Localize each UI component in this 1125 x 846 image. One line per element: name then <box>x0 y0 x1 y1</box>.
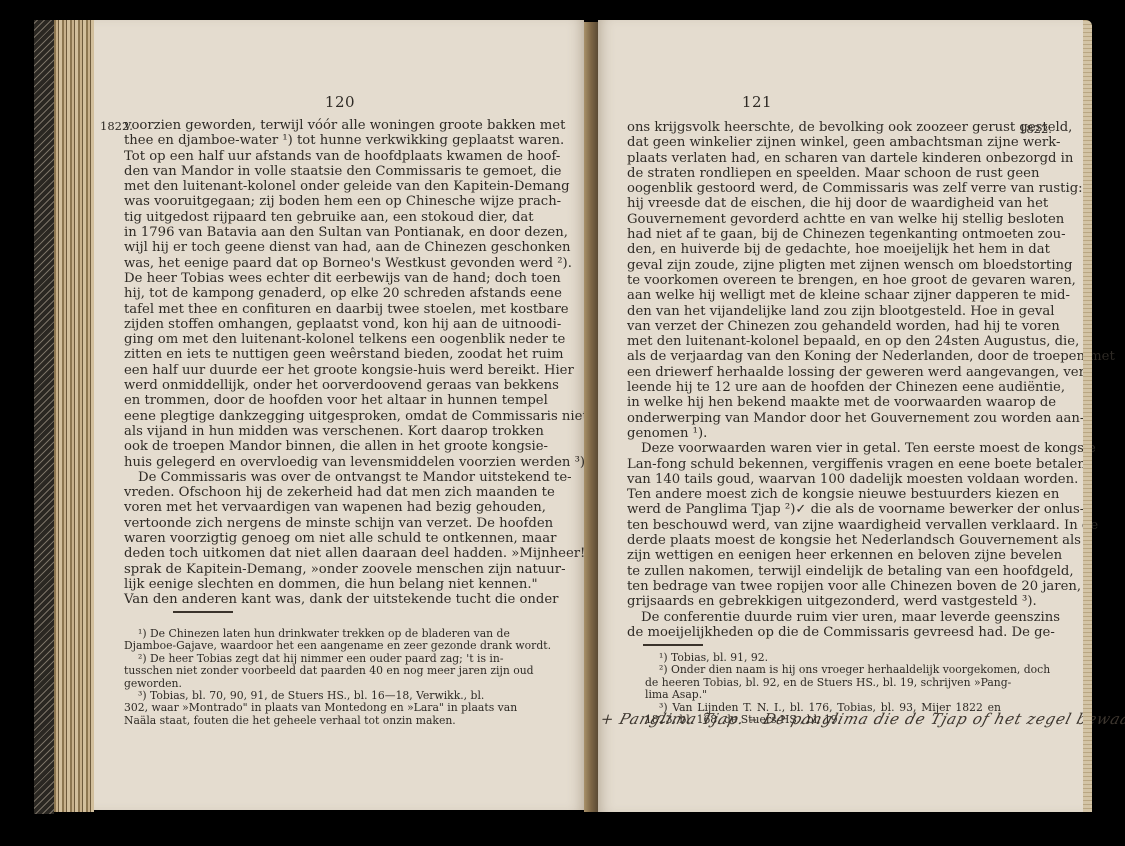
text-line: was, het eenige paard dat op Borneo's We… <box>124 256 521 271</box>
text-line: grijsaards en gebrekkigen uitgezonderd, … <box>627 594 1007 609</box>
text-line: vreden. Ofschoon hij de zekerheid had da… <box>124 485 521 500</box>
text-line: en trommen, door de hoofden voor het alt… <box>124 393 521 408</box>
text-line: den, en huiverde bij de gedachte, hoe mo… <box>627 242 1007 257</box>
text-line: ten bedrage van twee ropijen voor alle C… <box>627 579 1007 594</box>
text-line: wijl hij er toch geene dienst van had, a… <box>124 240 521 255</box>
text-line: Ten andere moest zich de kongsie nieuwe … <box>627 487 1007 502</box>
text-line: in 1796 van Batavia aan den Sultan van P… <box>124 225 521 240</box>
text-line: de moeijelijkheden op die de Commissaris… <box>627 625 1007 640</box>
footnote-line: lima Asap." <box>645 689 1001 701</box>
text-line: ten beschouwd werd, van zijne waardighei… <box>627 518 1007 533</box>
text-line: onderwerping van Mandor door het Gouvern… <box>627 411 1007 426</box>
footnote-line: Djamboe-Gajave, waardoor het een aangena… <box>124 640 480 652</box>
page-number: 121 <box>727 93 787 111</box>
footnote-line: 302, waar »Montrado" in plaats van Monte… <box>124 702 480 714</box>
book-gutter <box>584 22 598 812</box>
text-line: ons krijgsvolk heerschte, de bevolking o… <box>627 120 1007 135</box>
text-line: te zullen nakomen, terwijl eindelijk de … <box>627 564 1007 579</box>
text-line: met den luitenant-kolonel onder geleide … <box>124 179 521 194</box>
body-text: 1822. voorzien geworden, terwijl vóór al… <box>124 118 521 608</box>
text-line: derde plaats moest de kongsie het Nederl… <box>627 533 1007 548</box>
text-line: zitten en iets te nuttigen geen weêrstan… <box>124 347 521 362</box>
footnote-line: tusschen niet zonder voorbeeld dat paard… <box>124 665 480 677</box>
text-line: Gouvernement gevorderd achtte en van wel… <box>627 212 1007 227</box>
book-cover-edge <box>34 20 54 814</box>
margin-year: 1822. <box>1019 122 1052 137</box>
text-line: zijn wettigen en eenigen heer erkennen e… <box>627 548 1007 563</box>
text-line: dat geen winkelier zijnen winkel, geen a… <box>627 135 1007 150</box>
text-line: voorzien geworden, terwijl vóór alle won… <box>124 118 521 133</box>
text-line: Lan-fong schuld bekennen, vergiffenis vr… <box>627 457 1007 472</box>
text-line: leende hij te 12 ure aan de hoofden der … <box>627 380 1007 395</box>
text-line: geval zijn zoude, zijne pligten met zijn… <box>627 258 1007 273</box>
handwritten-annotation: + Panglima Tjap. – De panglima die de Tj… <box>593 710 1084 750</box>
text-line: Deze voorwaarden waren vier in getal. Te… <box>627 441 1007 456</box>
text-line: plaats verlaten had, en scharen van dart… <box>627 151 1007 166</box>
text-line: werd de Panglima Tjap ²)✓ die als de voo… <box>627 502 1007 517</box>
text-line: als de verjaardag van den Koning der Ned… <box>627 349 1007 364</box>
right-page: 121 1822. ons krijgsvolk heerschte, de b… <box>598 20 1083 812</box>
text-line: De conferentie duurde ruim vier uren, ma… <box>627 610 1007 625</box>
handwritten-note-text: + Panglima Tjap. – De panglima die de Tj… <box>599 710 1125 728</box>
text-line: van verzet der Chinezen zou gehandeld wo… <box>627 319 1007 334</box>
footnote-divider <box>643 644 703 646</box>
text-line: in welke hij hen bekend maakte met de vo… <box>627 395 1007 410</box>
footnote-line: Naäla staat, fouten die het geheele verh… <box>124 715 480 727</box>
text-line: Tot op een half uur afstands van de hoof… <box>124 149 521 164</box>
text-line: oogenblik gestoord werd, de Commissaris … <box>627 181 1007 196</box>
text-line: te voorkomen overeen te brengen, en hoe … <box>627 273 1007 288</box>
text-line: De Commissaris was over de ontvangst te … <box>124 470 521 485</box>
text-line: de straten rondliepen en speelden. Maar … <box>627 166 1007 181</box>
text-line: Van den anderen kant was, dank der uitst… <box>124 592 521 607</box>
text-line: met den luitenant-kolonel bepaald, en op… <box>627 334 1007 349</box>
text-line: zijden stoffen omhangen, geplaatst vond,… <box>124 317 521 332</box>
text-line: hij, tot de kampong genaderd, op elke 20… <box>124 286 521 301</box>
text-line: huis gelegerd en overvloedig van levensm… <box>124 455 521 470</box>
text-line: tig uitgedost rijpaard ten gebruike aan,… <box>124 210 521 225</box>
text-line: hij vreesde dat de eischen, die hij door… <box>627 196 1007 211</box>
text-line: thee en djamboe-water ¹) tot hunne verkw… <box>124 133 521 148</box>
text-line: genomen ¹). <box>627 426 1007 441</box>
text-line: ging om met den luitenant-kolonel telken… <box>124 332 521 347</box>
text-line: aan welke hij welligt met de kleine scha… <box>627 288 1007 303</box>
text-line: had niet af te gaan, bij de Chinezen teg… <box>627 227 1007 242</box>
text-line: was vooruitgegaan; zij boden hem een op … <box>124 194 521 209</box>
text-line: als vijand in hun midden was verschenen.… <box>124 424 521 439</box>
text-line: De heer Tobias wees echter dit eerbewijs… <box>124 271 521 286</box>
text-line: den van Mandor in volle staatsie den Com… <box>124 164 521 179</box>
text-line: een half uur duurde eer het groote kongs… <box>124 363 521 378</box>
footnotes: ¹) De Chinezen laten hun drinkwater trek… <box>124 628 480 727</box>
text-line: waren voorzigtig genoeg om niet alle sch… <box>124 531 521 546</box>
margin-year: 1822. <box>100 119 133 134</box>
text-line: eene plegtige dankzegging uitgesproken, … <box>124 409 521 424</box>
footnote-divider <box>173 611 233 613</box>
text-line: ook de troepen Mandor binnen, die allen … <box>124 439 521 454</box>
text-line: werd onmiddellijk, onder het oorverdoove… <box>124 378 521 393</box>
text-line: van 140 tails goud, waarvan 100 dadelijk… <box>627 472 1007 487</box>
footnote-line: ²) Onder dien naam is hij ons vroeger he… <box>645 664 1001 676</box>
page-number: 120 <box>310 93 370 111</box>
body-text: 1822. ons krijgsvolk heerschte, de bevol… <box>627 120 1007 640</box>
text-line: voren met het vervaardigen van wapenen h… <box>124 500 521 515</box>
text-line: een driewerf herhaalde lossing der gewer… <box>627 365 1007 380</box>
text-line: den van het vijandelijke land zou zijn b… <box>627 304 1007 319</box>
text-line: lijk eenige slechten en dommen, die hun … <box>124 577 521 592</box>
page-stack <box>54 20 94 812</box>
left-page: 120 1822. voorzien geworden, terwijl vóó… <box>94 20 584 810</box>
page-fore-edge <box>1083 20 1092 812</box>
text-line: tafel met thee en confituren en daarbij … <box>124 302 521 317</box>
text-line: deden toch uitkomen dat niet allen daara… <box>124 546 521 561</box>
text-line: vertoonde zich nergens de minste schijn … <box>124 516 521 531</box>
text-line: sprak de Kapitein-Demang, »onder zoovele… <box>124 562 521 577</box>
